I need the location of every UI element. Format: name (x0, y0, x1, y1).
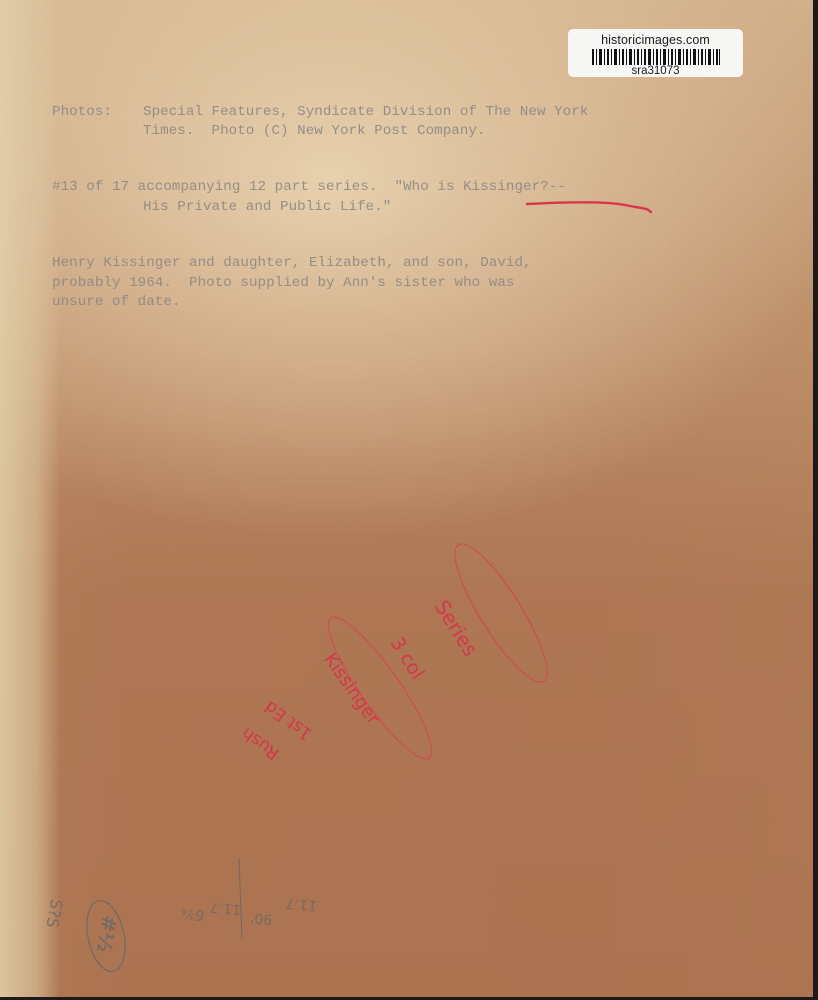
pencil-number-3: 90’ (249, 909, 273, 927)
barcode-icon (592, 49, 720, 65)
caption-line-3: unsure of date. (52, 293, 180, 312)
archive-label: historicimages.com sra31073 (568, 29, 743, 77)
paper-left-edge (0, 0, 60, 997)
pencil-divider-line (238, 858, 244, 938)
label-site: historicimages.com (568, 33, 743, 47)
pencil-number-4: 11.7 (285, 895, 317, 914)
photos-label: Photos: (52, 103, 112, 122)
label-code: sra31073 (568, 65, 743, 77)
photos-line-2: Times. Photo (C) New York Post Company. (143, 122, 486, 141)
series-line-2: His Private and Public Life." (143, 198, 391, 217)
series-line-1: #13 of 17 accompanying 12 part series. "… (52, 178, 566, 197)
pencil-side-note: S?S (43, 898, 67, 930)
kissinger-oval (314, 606, 445, 770)
pencil-number-2: 11.7 (209, 899, 241, 918)
pencil-number-1: 6¾ (181, 905, 205, 923)
rush-note: Rush (238, 723, 283, 764)
caption-line-2: probably 1964. Photo supplied by Ann's s… (52, 274, 514, 293)
photos-line-1: Special Features, Syndicate Division of … (143, 103, 588, 122)
scan-edge-right (813, 0, 818, 1000)
photo-back-paper: historicimages.com sra31073 Photos: Spec… (0, 0, 813, 997)
caption-line-1: Henry Kissinger and daughter, Elizabeth,… (52, 254, 532, 273)
red-underline (525, 198, 655, 216)
